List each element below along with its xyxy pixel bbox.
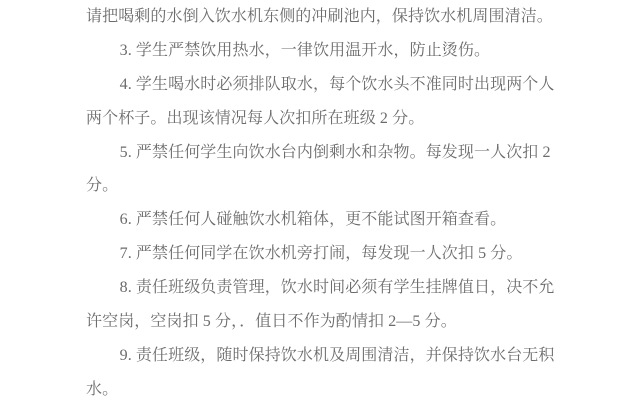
document-line: 请把喝剩的水倒入饮水机东侧的冲刷池内，保持饮水机周围清洁。	[86, 0, 558, 34]
document-line: 7. 严禁任何同学在饮水机旁打闹，每发现一人次扣 5 分。	[86, 237, 558, 271]
document-text-block: 请把喝剩的水倒入饮水机东侧的冲刷池内，保持饮水机周围清洁。 3. 学生严禁饮用热…	[86, 0, 558, 400]
document-line: 8. 责任班级负责管理，饮水时间必须有学生挂牌值日，决不允	[86, 271, 558, 305]
document-line: 9. 责任班级，随时保持饮水机及周围清洁，并保持饮水台无积	[86, 339, 558, 373]
document-line: 水。	[86, 373, 558, 400]
document-line: 许空岗，空岗扣 5 分，．值日不作为酌情扣 2—5 分。	[86, 305, 558, 339]
document-line: 3. 学生严禁饮用热水，一律饮用温开水，防止烫伤。	[86, 34, 558, 68]
document-line: 两个杯子。出现该情况每人次扣所在班级 2 分。	[86, 102, 558, 136]
document-line: 6. 严禁任何人碰触饮水机箱体，更不能试图开箱查看。	[86, 203, 558, 237]
document-page: 请把喝剩的水倒入饮水机东侧的冲刷池内，保持饮水机周围清洁。 3. 学生严禁饮用热…	[0, 0, 640, 400]
document-line: 分。	[86, 169, 558, 203]
document-line: 4. 学生喝水时必须排队取水，每个饮水头不准同时出现两个人	[86, 68, 558, 102]
document-line: 5. 严禁任何学生向饮水台内倒剩水和杂物。每发现一人次扣 2	[86, 136, 558, 170]
